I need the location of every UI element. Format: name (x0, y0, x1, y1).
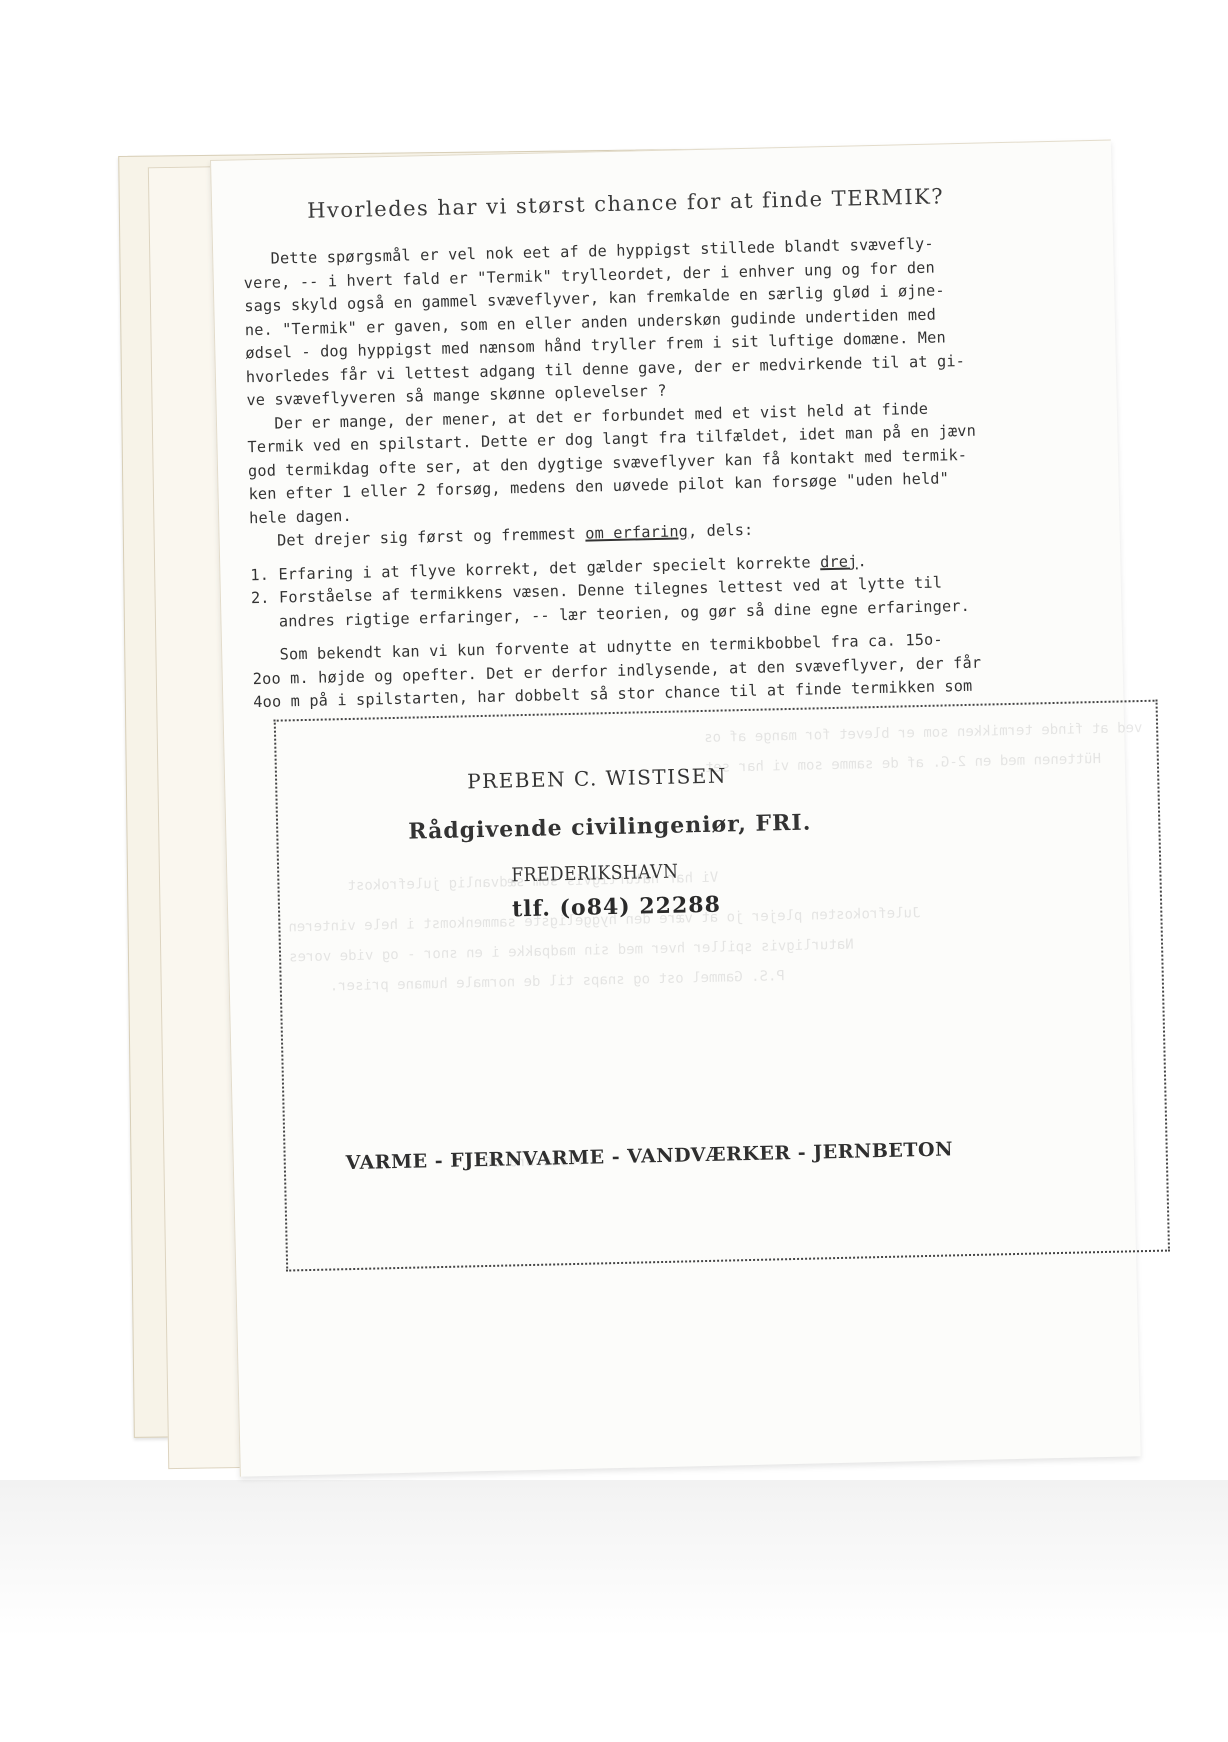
advertiser-services: VARME - FJERNVARME - VANDVÆRKER - JERNBE… (346, 1138, 954, 1174)
advertiser-phone: tlf. (o84) 22288 (512, 892, 721, 923)
underlined-phrase: om erfaring (585, 522, 688, 542)
front-page: ved at finde termikken som er blevet for… (210, 140, 1141, 1477)
text-fragment: . (857, 552, 867, 570)
advertiser-title: Rådgivende civilingeniør, FRI. (408, 810, 812, 845)
text-fragment: , dels: (688, 521, 754, 540)
article-body: Dette spørgsmål er vel nok eet af de hyp… (243, 230, 1077, 715)
article-title: Hvorledes har vi størst chance for at fi… (307, 184, 944, 222)
advertiser-name: PREBEN C. WISTISEN (467, 763, 727, 793)
advertiser-city: FREDERIKSHAVN (511, 861, 679, 887)
advertisement-box: PREBEN C. WISTISEN Rådgivende civilingen… (274, 700, 1170, 1272)
underlined-phrase: drej (820, 552, 858, 571)
list-number: 2. (251, 589, 270, 607)
scan-background (0, 1480, 1228, 1742)
text-fragment: Det drejer sig først og fremmest (277, 525, 586, 550)
list-number: 1. (250, 565, 269, 583)
